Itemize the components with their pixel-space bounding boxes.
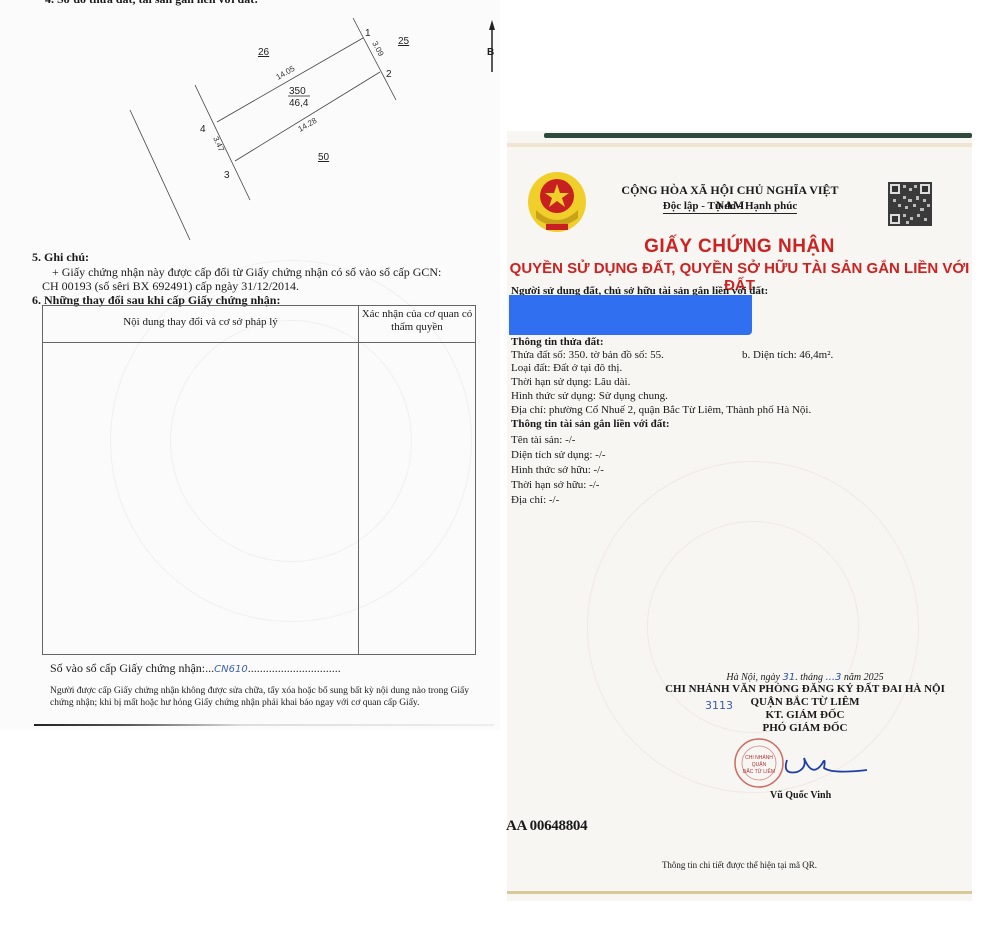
changes-table-header-content: Nội dung thay đổi và cơ sở pháp lý [43,316,358,328]
serial-number: AA 00648804 [506,818,587,835]
owner-redaction-bar [509,295,752,335]
svg-text:1: 1 [365,28,371,39]
svg-text:3.47: 3.47 [211,135,226,153]
page-edge-divider [34,724,494,726]
land-type: Loại đất: Đất ở tại đô thị. [511,362,622,374]
svg-text:4: 4 [200,124,206,135]
svg-text:2: 2 [386,69,392,80]
asset-usage-area: Diện tích sử dụng: -/- [511,449,606,461]
asset-info-heading: Thông tin tài sản gắn liền với đất: [511,418,670,430]
signature-scribble-icon [782,750,872,780]
section5-note-line2: CH 00193 (số sêri BX 692491) cấp ngày 31… [32,279,492,293]
book-number: Số vào sổ cấp Giấy chứng nhận:...CN610..… [50,661,341,676]
asset-address: Địa chỉ: -/- [511,494,559,506]
handwritten-number: 3113 [705,699,733,712]
svg-text:CHI NHÁNH: CHI NHÁNH [745,754,773,761]
land-info-heading: Thông tin thửa đất: [511,336,604,348]
signature-block: Hà Nội, ngày 31. tháng ...3 năm 2025 CHI… [640,672,970,735]
qr-code-icon[interactable] [888,182,932,226]
top-border-cream [507,143,972,147]
asset-ownership-term: Thời hạn sở hữu: -/- [511,479,599,491]
svg-text:QUẬN: QUẬN [752,761,767,768]
certificate-title: GIẤY CHỨNG NHẬN [507,236,972,258]
svg-text:3: 3 [224,170,230,181]
parcel-line: Thửa đất số: 350. tờ bản đồ số: 55. [511,349,664,361]
book-number-handwritten: CN610 [214,664,248,675]
north-arrow-label: B [487,47,494,58]
svg-text:50: 50 [318,152,330,163]
official-stamp-icon: CHI NHÁNH QUẬN BẮC TỪ LIÊM [733,737,785,789]
changes-table: Nội dung thay đổi và cơ sở pháp lý Xác n… [42,305,476,655]
bottom-border-band [507,891,972,894]
asset-name: Tên tài sản: -/- [511,434,575,446]
usage-term: Thời hạn sử dụng: Lâu dài. [511,376,630,388]
svg-text:25: 25 [398,36,410,47]
national-motto: Độc lập - Tự do - Hạnh phúc [610,200,850,212]
svg-text:350: 350 [289,86,306,97]
svg-text:BẮC TỪ LIÊM: BẮC TỪ LIÊM [743,767,775,775]
svg-text:14.05: 14.05 [275,64,297,82]
parcel-diagram: 1 2 3 4 26 25 50 350 46,4 14.05 14.28 3.… [0,0,500,240]
changes-table-header-confirmation: Xác nhận của cơ quan có thẩm quyền [358,308,476,334]
qr-note: Thông tin chi tiết được thể hiện tại mã … [507,860,972,870]
svg-text:46,4: 46,4 [289,98,309,109]
section5-note-line1: + Giấy chứng nhận này được cấp đổi từ Gi… [32,265,492,279]
role-line2: PHÓ GIÁM ĐỐC [640,722,970,735]
signer-name: Vũ Quốc Vinh [770,790,831,801]
usage-form: Hình thức sử dụng: Sử dụng chung. [511,390,668,402]
svg-text:26: 26 [258,47,270,58]
warning-text: Người được cấp Giấy chứng nhận không đượ… [50,685,480,709]
section5-heading: 5. Ghi chú: [32,250,492,265]
national-emblem-icon [526,170,588,236]
land-address: Địa chỉ: phường Cổ Nhuế 2, quận Bắc Từ L… [511,404,811,416]
area-value: b. Diện tích: 46,4m². [742,349,833,361]
agency-line1: CHI NHÁNH VĂN PHÒNG ĐĂNG KÝ ĐẤT ĐAI HÀ N… [640,683,970,696]
agency-line2: QUẬN BẮC TỪ LIÊM [640,696,970,709]
role-line1: KT. GIÁM ĐỐC [640,709,970,722]
issue-date: Hà Nội, ngày 31. tháng ...3 năm 2025 [640,672,970,683]
top-border-band [544,133,972,138]
asset-ownership-form: Hình thức sở hữu: -/- [511,464,604,476]
svg-text:14.28: 14.28 [297,116,319,134]
